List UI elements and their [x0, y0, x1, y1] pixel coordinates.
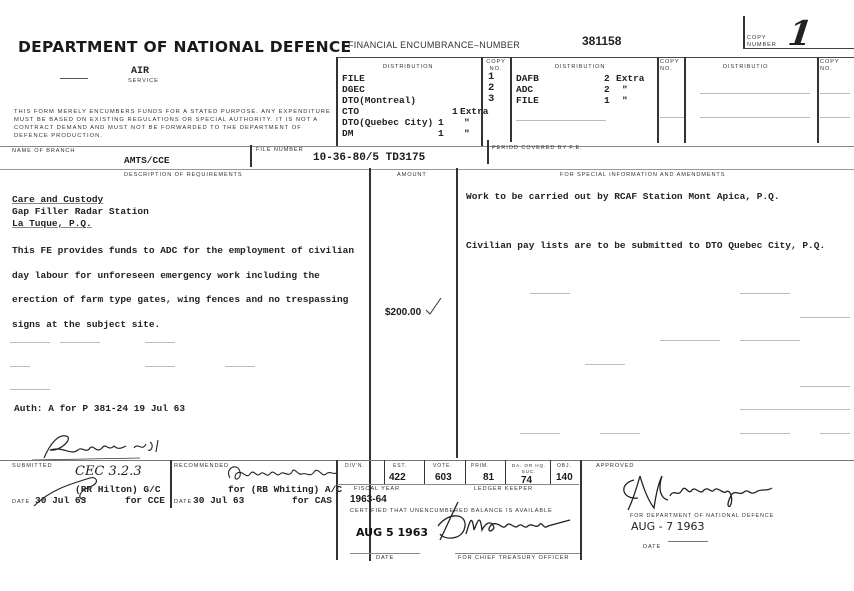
approved-for-label: FOR DEPARTMENT OF NATIONAL DEFENCE — [630, 513, 774, 519]
approved-label: APPROVED — [596, 463, 634, 469]
copy-number-divider — [743, 16, 745, 48]
special-info-line: Work to be carried out by RCAF Station M… — [466, 191, 780, 202]
description-line: signs at the subject site. — [12, 313, 354, 338]
dist-middle-row: DAFB2Extra — [516, 73, 656, 84]
submitted-date: 30 Jul 63 — [35, 495, 86, 506]
certified-date-label: DATE — [376, 555, 394, 561]
dist-right-header: DISTRIBUTIO — [723, 64, 768, 70]
dist-right-rule — [660, 117, 684, 118]
period-divider — [487, 140, 489, 164]
coding-bottom-rule — [337, 484, 579, 485]
ruled-line — [740, 340, 800, 341]
fiscal-year-label: FISCAL YEAR — [354, 486, 400, 492]
coding-value-est: 422 — [389, 472, 406, 483]
submitted-name: (RR Hilton) G/C — [75, 484, 161, 495]
ruled-line — [740, 409, 850, 410]
dist-left-row: DTO(Quebec City)1" — [342, 117, 482, 128]
distribution-top-rule — [336, 57, 854, 58]
approved-date-rule — [668, 541, 708, 542]
dist-left-row: CTO1Extra — [342, 106, 482, 117]
ruled-line — [10, 366, 30, 367]
coding-header-obj: OBJ. — [557, 463, 572, 469]
dist-right-rule — [820, 93, 850, 94]
branch-value: AMTS/CCE — [124, 155, 170, 166]
amount-right-border — [456, 168, 458, 458]
coding-header-da: DA. OR HQ. SUC. — [509, 463, 549, 475]
recommended-name: for (RB Whiting) A/C — [228, 484, 342, 495]
fe-number: 381158 — [582, 34, 621, 48]
ruled-line — [740, 433, 790, 434]
submitted-recommended-divider — [170, 460, 172, 508]
recommended-for: for CAS — [292, 495, 332, 506]
ruled-line — [740, 293, 790, 294]
description-line: day labour for unforeseen emergency work… — [12, 264, 354, 289]
dist-left-list: FILE DGEC DTO(Montreal) CTO1Extra DTO(Qu… — [342, 73, 482, 139]
coding-divider — [424, 460, 425, 484]
address-line: La Tuque, P.Q. — [12, 218, 149, 230]
checkmark-icon — [425, 296, 443, 316]
service-label: SERVICE — [128, 78, 159, 84]
dist-right-rule — [700, 117, 810, 118]
certified-signature — [430, 500, 580, 545]
coding-divider — [465, 460, 466, 484]
dist-middle-rule — [516, 120, 606, 121]
dist-copy-header-3: COPY NO. — [820, 59, 850, 73]
treasury-label: FOR CHIEF TREASURY OFFICER — [458, 555, 569, 561]
dist-col-divider-2 — [510, 57, 512, 142]
requirements-top-rule — [0, 169, 854, 170]
ruled-line — [10, 389, 50, 390]
ruled-line — [60, 342, 100, 343]
dist-copy-header-2: COPY NO. — [660, 59, 684, 73]
file-number-value: 10-36-80/5 TD3175 — [313, 152, 425, 164]
special-info-line: Civilian pay lists are to be submitted t… — [466, 240, 825, 251]
ruled-line — [520, 433, 560, 434]
coding-header-prim: PRIM. — [471, 463, 489, 469]
service-rule — [60, 78, 88, 79]
submitted-for: for CCE — [125, 495, 165, 506]
dist-left-row: DTO(Montreal) — [342, 95, 482, 106]
dist-middle-list: DAFB2Extra ADC2" FILE1" — [516, 73, 656, 106]
recommended-date: 30 Jul 63 — [193, 495, 244, 506]
ruled-line — [660, 340, 720, 341]
coding-header-est: EST. — [393, 463, 407, 469]
coding-divider — [384, 460, 385, 484]
fiscal-year-value: 1963-64 — [350, 494, 387, 505]
dist-left-header: DISTRIBUTION — [383, 64, 433, 70]
ruled-line — [820, 433, 850, 434]
ruled-line — [530, 293, 570, 294]
certified-date-rule — [350, 553, 420, 554]
submitted-date-label: DATE — [12, 499, 30, 505]
branch-top-rule — [0, 146, 854, 147]
description-line: erection of farm type gates, wing fences… — [12, 288, 354, 313]
coding-divider — [505, 460, 506, 484]
ruled-line — [585, 364, 625, 365]
coding-value-obj: 140 — [556, 472, 573, 483]
department-title: DEPARTMENT OF NATIONAL DEFENCE — [18, 38, 351, 56]
approved-signature — [618, 470, 788, 512]
certified-date-stamp: AUG 5 1963 — [356, 526, 428, 539]
copy-number-rule — [743, 48, 854, 49]
dist-left-border — [336, 57, 338, 147]
treasury-rule — [455, 553, 580, 554]
dist-right-rule — [700, 93, 810, 94]
coding-divider — [550, 460, 551, 484]
recommended-date-label: DATE — [174, 499, 192, 505]
dist-left-row: DGEC — [342, 84, 482, 95]
recommended-label: RECOMMENDED — [174, 463, 229, 469]
approved-date-label: DATE — [643, 544, 661, 550]
address-block: Care and Custody Gap Filler Radar Statio… — [12, 194, 149, 230]
ruled-line — [145, 366, 175, 367]
description-line: This FE provides funds to ADC for the em… — [12, 239, 354, 264]
coding-header-vote: VOTE. — [433, 463, 453, 469]
authority-line: Auth: A for P 381-24 19 Jul 63 — [14, 403, 185, 414]
address-line: Gap Filler Radar Station — [12, 206, 149, 218]
copy-number-label: COPY NUMBER — [747, 35, 787, 49]
coding-header-divn: DIV'N. — [345, 463, 365, 469]
submitted-label: SUBMITTED — [12, 463, 52, 469]
period-label: PERIOD COVERED BY F.E. — [492, 145, 583, 151]
branch-label: NAME OF BRANCH — [12, 148, 75, 154]
amount-label: AMOUNT — [397, 172, 427, 178]
signature-leblaine — [30, 430, 170, 462]
ruled-line — [600, 433, 640, 434]
dist-copy-numbers: 1 2 3 — [488, 72, 494, 105]
dist-middle-row: FILE1" — [516, 95, 656, 106]
coding-approved-divider — [580, 460, 582, 560]
description-body: This FE provides funds to ADC for the em… — [12, 239, 354, 337]
file-divider — [250, 145, 252, 167]
dist-middle-row: ADC2" — [516, 84, 656, 95]
dist-left-row: DM1" — [342, 128, 482, 139]
dist-col-divider-3 — [657, 57, 659, 143]
disclaimer-text: THIS FORM MERELY ENCUMBERS FUNDS FOR A S… — [14, 108, 332, 140]
dist-col-divider-4 — [684, 57, 686, 143]
fe-number-label: FINANCIAL ENCUMBRANCE–NUMBER — [348, 40, 520, 50]
amount-value: $200.00 — [385, 307, 421, 318]
ruled-line — [145, 342, 175, 343]
service-value: AIR — [131, 66, 149, 77]
ruled-line — [10, 342, 50, 343]
ledger-keeper-label: LEDGER KEEPER — [474, 486, 533, 492]
dist-left-row: FILE — [342, 73, 482, 84]
coding-value-vote: 603 — [435, 472, 452, 483]
approved-date-stamp: AUG - 7 1963 — [631, 520, 705, 533]
requirements-label: DESCRIPTION OF REQUIREMENTS — [124, 172, 242, 178]
dist-right-rule — [820, 117, 850, 118]
coding-value-prim: 81 — [483, 472, 494, 483]
file-number-label: FILE NUMBER — [256, 147, 304, 153]
special-info-label: FOR SPECIAL INFORMATION AND AMENDMENTS — [560, 172, 725, 178]
dist-col-divider-5 — [817, 57, 819, 143]
ruled-line — [800, 386, 850, 387]
ruled-line — [800, 317, 850, 318]
ruled-line — [225, 366, 255, 367]
dist-middle-header: DISTRIBUTION — [555, 64, 605, 70]
address-line: Care and Custody — [12, 194, 149, 206]
coding-grid: DIV'N. EST. 422 VOTE. 603 PRIM. 81 DA. O… — [337, 460, 579, 484]
